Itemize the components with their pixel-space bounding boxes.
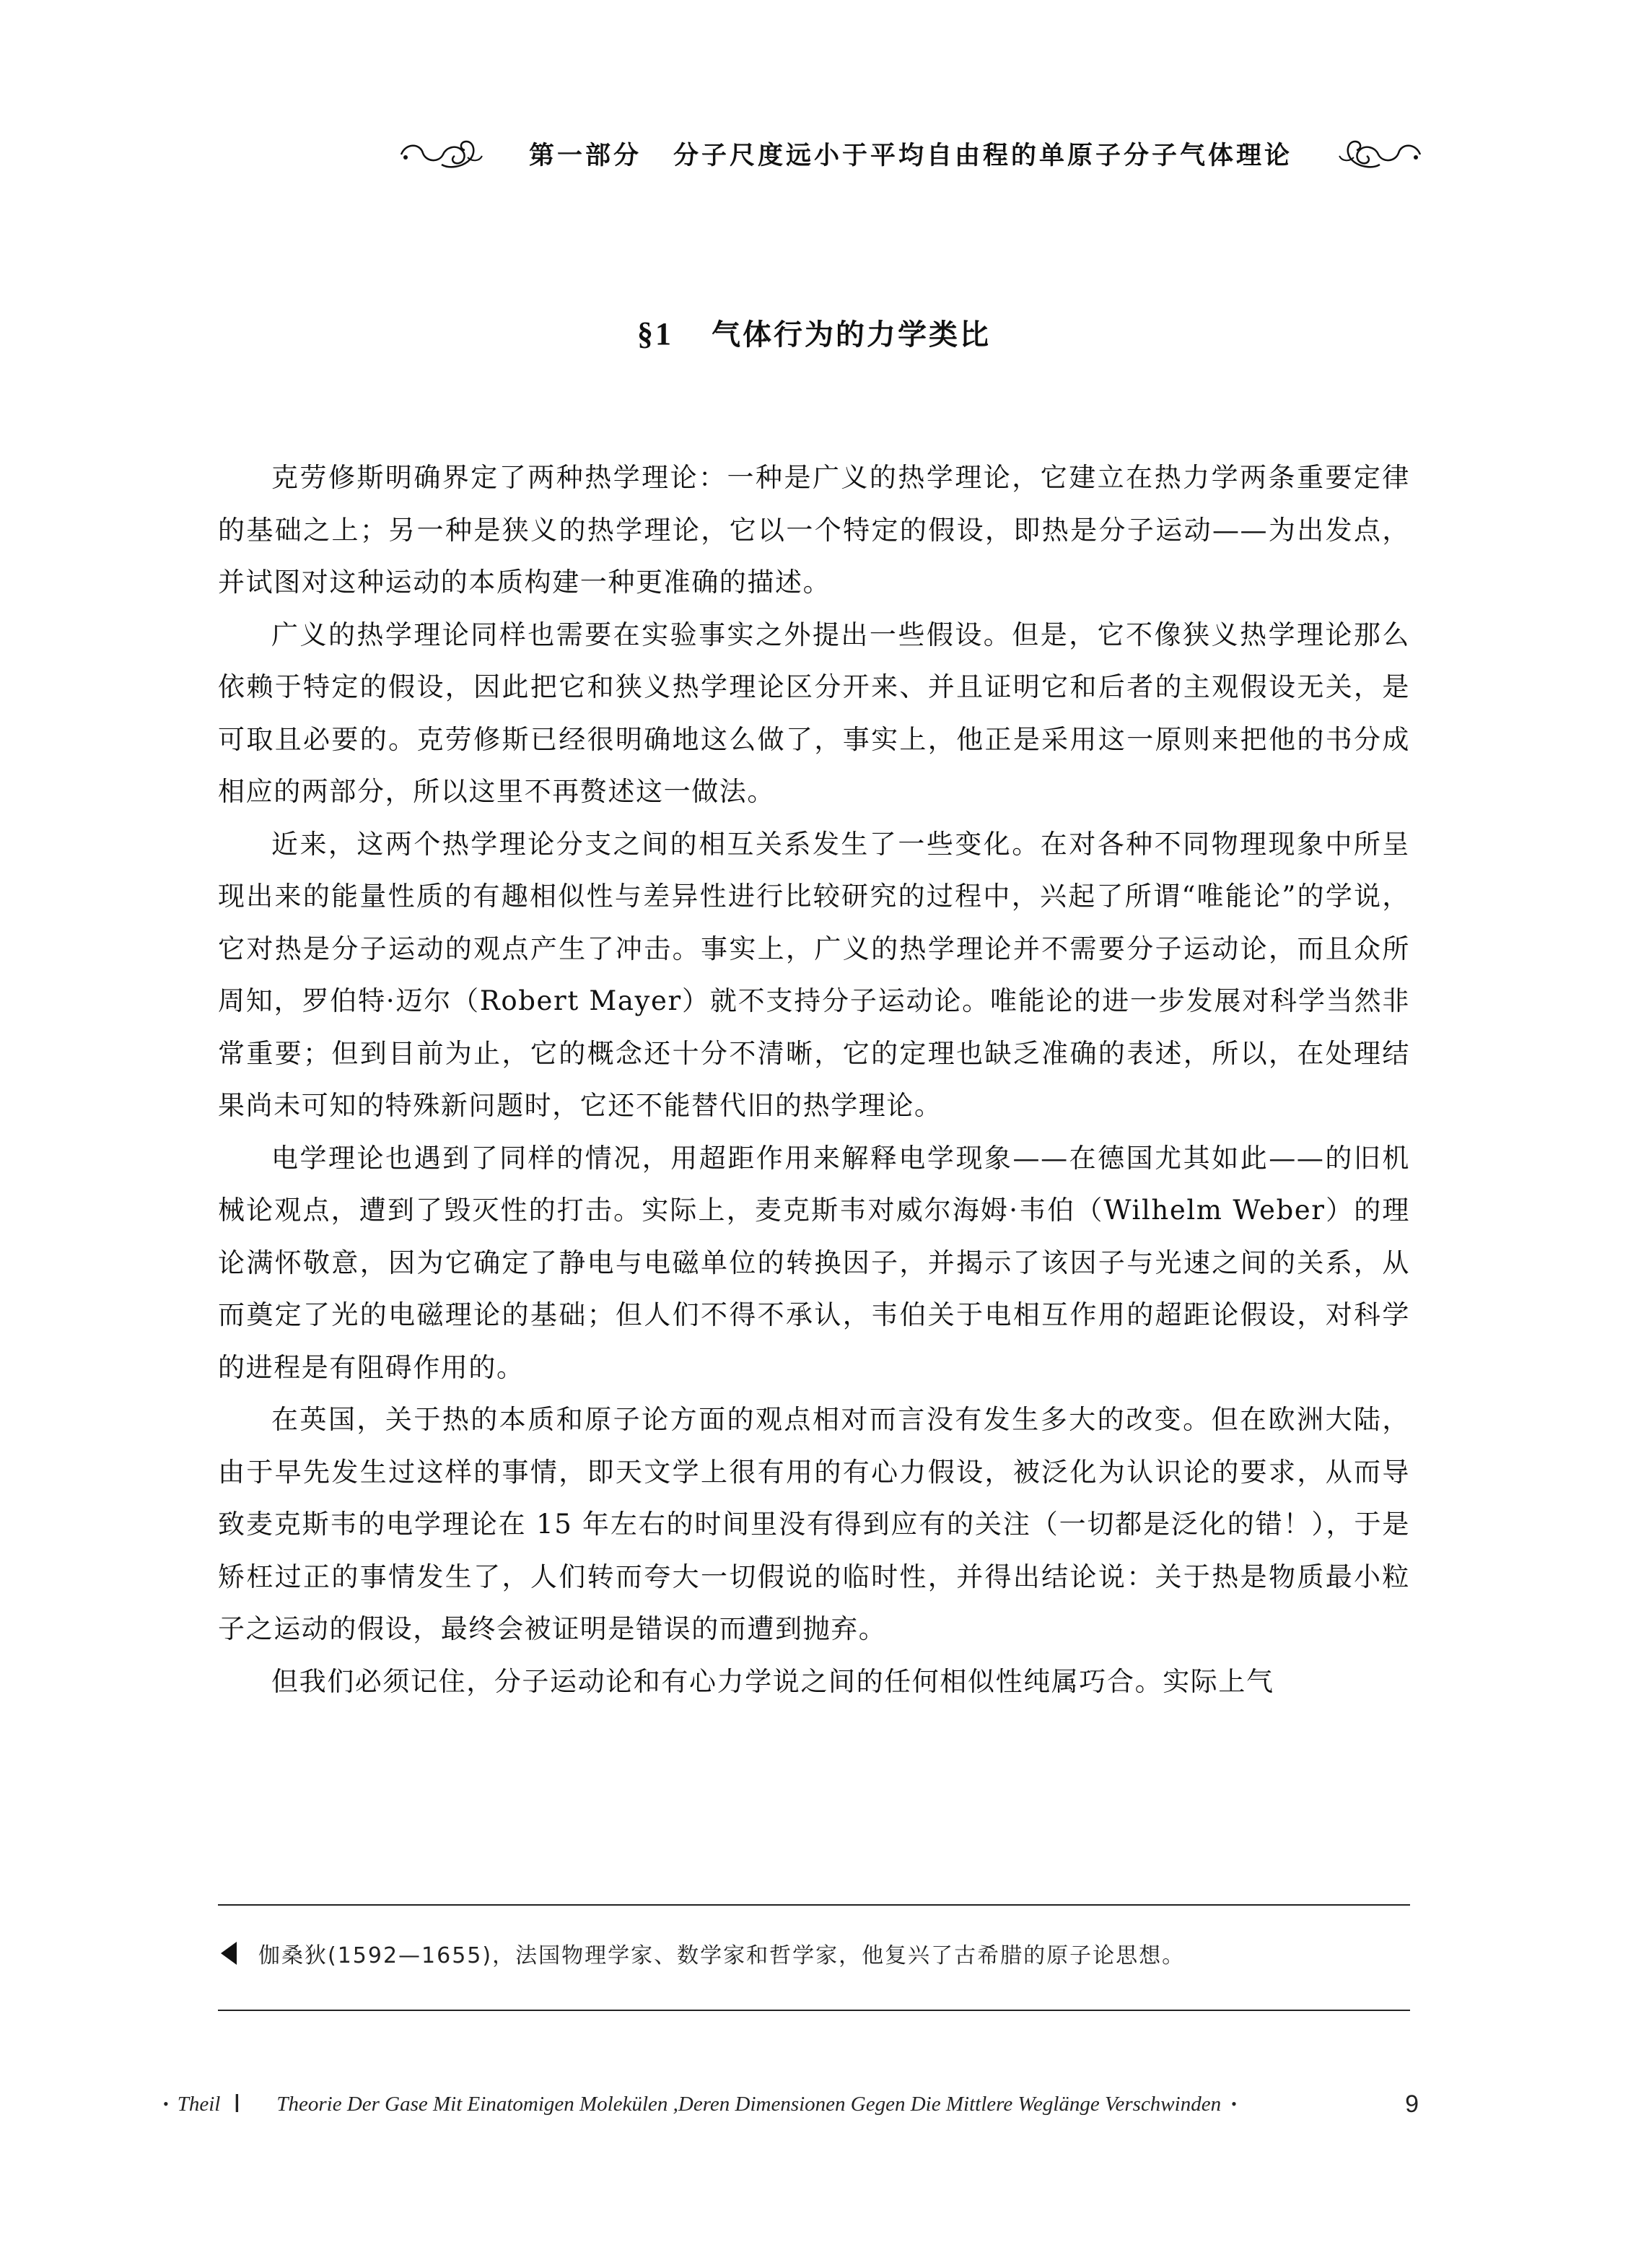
left-triangle-icon bbox=[221, 1942, 237, 1965]
scroll-flourish-right-icon bbox=[1336, 136, 1423, 172]
running-header-text: 第一部分 分子尺度远小于平均自由程的单原子分子气体理论 bbox=[529, 136, 1292, 172]
paragraph: 在英国，关于热的本质和原子论方面的观点相对而言没有发生多大的改变。但在欧洲大陆，… bbox=[218, 1394, 1410, 1656]
running-footer: • Theil Ⅰ Theorie Der Gase Mit Einatomig… bbox=[163, 2086, 1419, 2122]
footer-part-roman: Ⅰ bbox=[233, 2090, 240, 2119]
paragraph: 但我们必须记住，分子运动论和有心力学说之间的任何相似性纯属巧合。实际上气 bbox=[218, 1656, 1410, 1709]
section-title: §1 气体行为的力学类比 bbox=[0, 312, 1628, 353]
part-title: 分子尺度远小于平均自由程的单原子分子气体理论 bbox=[673, 136, 1292, 172]
paragraph: 克劳修斯明确界定了两种热学理论：一种是广义的热学理论，它建立在热力学两条重要定律… bbox=[218, 452, 1410, 609]
note-divider-bottom bbox=[218, 2010, 1410, 2011]
section-number: §1 bbox=[637, 316, 673, 352]
paragraph: 广义的热学理论同样也需要在实验事实之外提出一些假设。但是，它不像狭义热学理论那么… bbox=[218, 609, 1410, 819]
paragraph: 近来，这两个热学理论分支之间的相互关系发生了一些变化。在对各种不同物理现象中所呈… bbox=[218, 819, 1410, 1133]
scroll-flourish-left-icon bbox=[398, 136, 485, 172]
section-title-text: 气体行为的力学类比 bbox=[712, 318, 991, 352]
paragraph: 电学理论也遇到了同样的情况，用超距作用来解释电学现象——在德国尤其如此——的旧机… bbox=[218, 1133, 1410, 1395]
bullet-icon: • bbox=[163, 2095, 169, 2114]
bullet-icon: • bbox=[1231, 2095, 1237, 2114]
footer-title: Theorie Der Gase Mit Einatomigen Molekül… bbox=[276, 2093, 1221, 2116]
footer-part-label: Theil bbox=[178, 2093, 221, 2116]
note-text: 伽桑狄(1592—1655)，法国物理学家、数学家和哲学家，他复兴了古希腊的原子… bbox=[258, 1937, 1185, 1969]
part-label: 第一部分 bbox=[529, 136, 642, 172]
note-divider-top bbox=[218, 1904, 1410, 1906]
margin-note: 伽桑狄(1592—1655)，法国物理学家、数学家和哲学家，他复兴了古希腊的原子… bbox=[221, 1937, 1404, 1969]
running-header: 第一部分 分子尺度远小于平均自由程的单原子分子气体理论 bbox=[398, 128, 1423, 179]
page-number: 9 bbox=[1405, 2090, 1419, 2119]
body-text: 克劳修斯明确界定了两种热学理论：一种是广义的热学理论，它建立在热力学两条重要定律… bbox=[218, 452, 1410, 1708]
